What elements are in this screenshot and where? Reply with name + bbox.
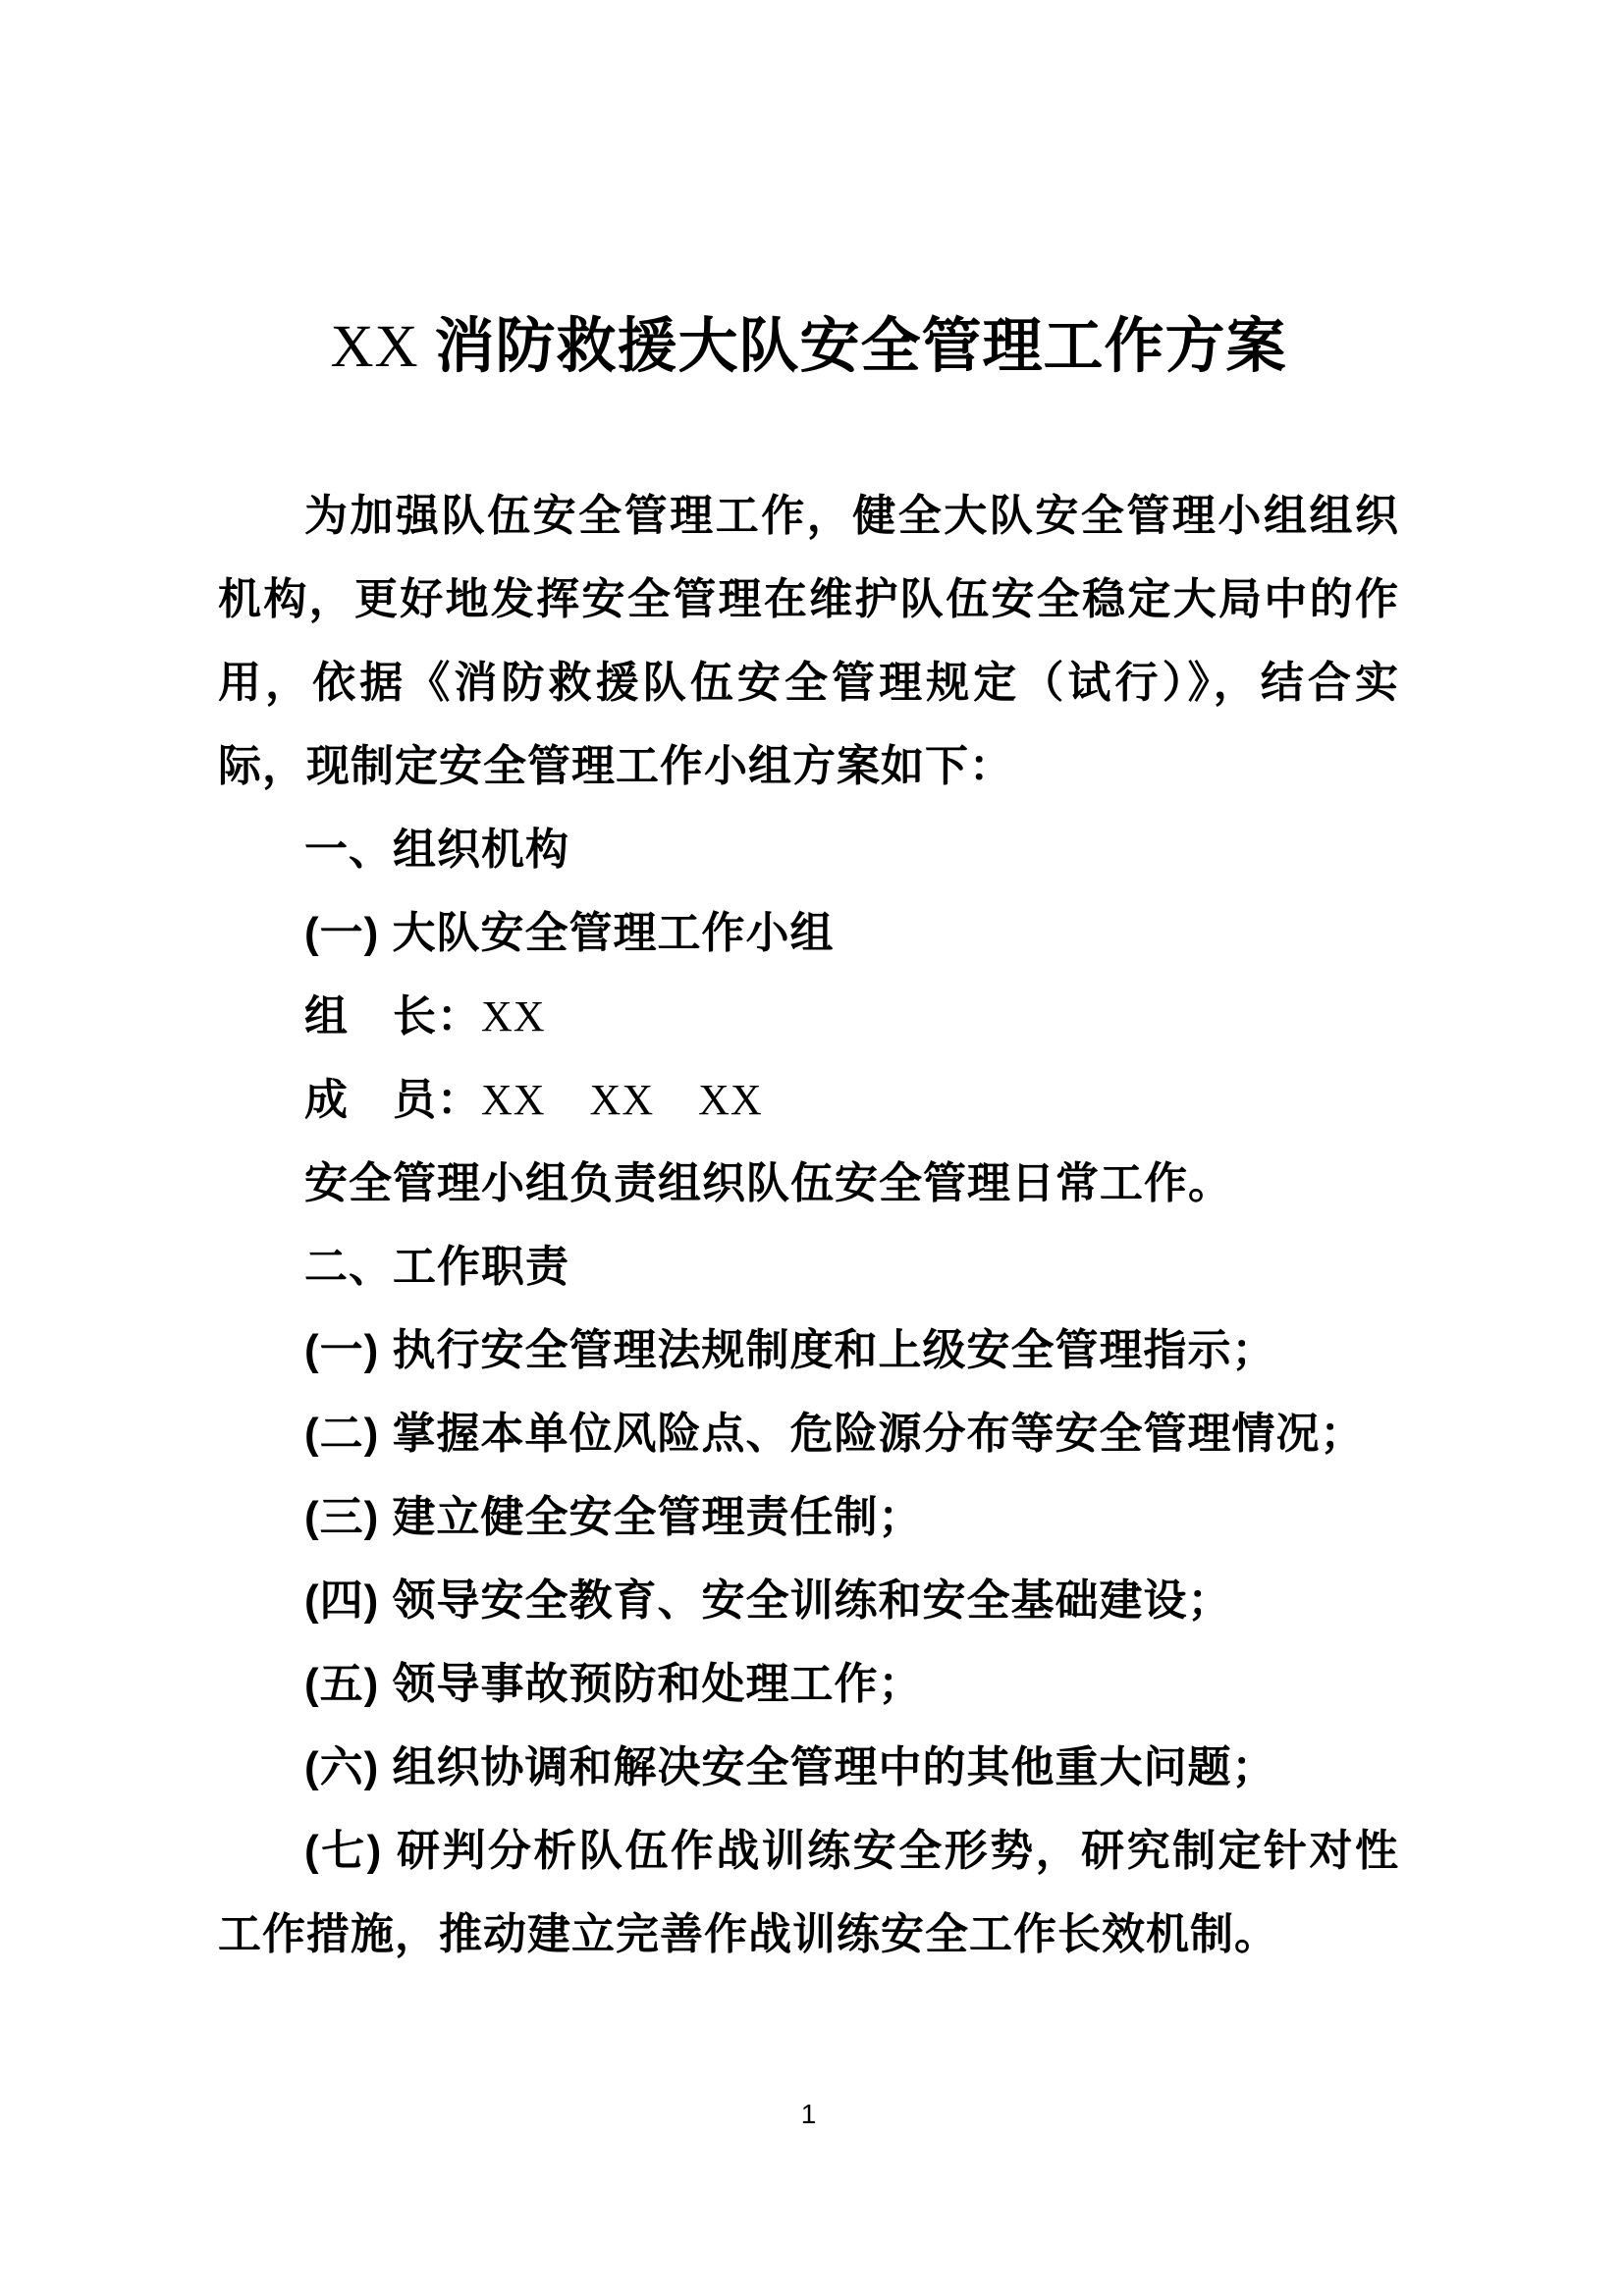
duty-item-2: (二) 掌握本单位风险点、危险源分布等安全管理情况； [218, 1392, 1399, 1475]
leader-value: XX [481, 992, 546, 1041]
document-page: XX消防救援大队安全管理工作方案 为加强队伍安全管理工作，健全大队安全管理小组组… [0, 0, 1623, 2296]
intro-paragraph: 为加强队伍安全管理工作，健全大队安全管理小组组织机构，更好地发挥安全管理在维护队… [218, 474, 1399, 808]
duty-item-6: (六) 组织协调和解决安全管理中的其他重大问题； [218, 1726, 1399, 1809]
members-value: XX XX XX [481, 1076, 763, 1124]
members-label: 成 员： [304, 1076, 481, 1124]
organization-note-paragraph: 安全管理小组负责组织队伍安全管理日常工作。 [218, 1142, 1399, 1225]
duty-item-5: (五) 领导事故预防和处理工作； [218, 1642, 1399, 1726]
leader-label: 组 长： [304, 992, 481, 1041]
section-heading-duties: 二、工作职责 [218, 1225, 1399, 1308]
document-title: XX消防救援大队安全管理工作方案 [218, 301, 1399, 392]
duty-item-3: (三) 建立健全安全管理责任制； [218, 1475, 1399, 1559]
duty-item-4: (四) 领导安全教育、安全训练和安全基础建设； [218, 1559, 1399, 1642]
subsection-heading-work-group: (一) 大队安全管理工作小组 [218, 891, 1399, 975]
section-heading-organization: 一、组织机构 [218, 808, 1399, 891]
duty-item-7: (七) 研判分析队伍作战训练安全形势，研究制定针对性工作措施，推动建立完善作战训… [218, 1809, 1399, 1976]
leader-line: 组 长：XX [218, 975, 1399, 1058]
document-title-prefix: XX [330, 314, 418, 380]
page-number: 1 [218, 2097, 1399, 2132]
document-content: XX消防救援大队安全管理工作方案 为加强队伍安全管理工作，健全大队安全管理小组组… [218, 301, 1399, 1976]
document-title-main: 消防救援大队安全管理工作方案 [435, 312, 1287, 379]
duty-item-1: (一) 执行安全管理法规制度和上级安全管理指示； [218, 1308, 1399, 1392]
members-line: 成 员：XX XX XX [218, 1058, 1399, 1142]
